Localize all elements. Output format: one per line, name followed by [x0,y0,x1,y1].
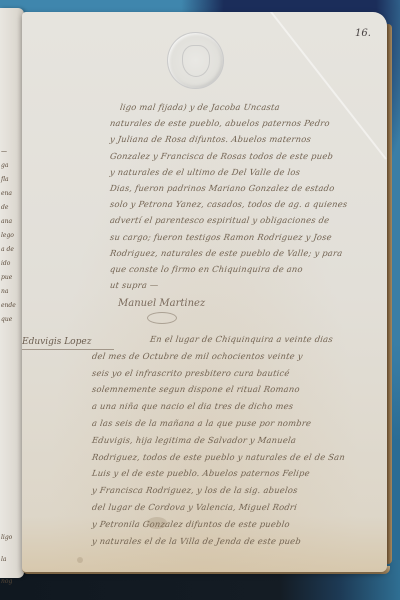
text-line: su cargo; fueron testigos Ramon Rodrigue… [109,232,332,242]
text-line: y naturales de el ultimo de Del Valle de… [109,167,301,177]
facing-page-text-fragment: nog [1,578,12,585]
facing-page-text-fragment: na [1,288,8,295]
text-line: y Francisca Rodriguez, y los de la sig. … [91,485,298,495]
text-line: advertí el parentesco espiritual y oblig… [109,215,330,225]
page-number: 16. [355,28,371,39]
text-line: Eduvigis, hija legitima de Salvador y Ma… [91,435,297,445]
text-line: Rodriguez, todos de este pueblo y natura… [91,452,345,462]
text-line: En el lugar de Chiquinquira a veinte dia… [149,334,333,344]
text-line: ut supra — [109,280,159,290]
facing-page-text-fragment: ena [1,190,12,197]
text-line: seis yo el infrascrito presbitero cura b… [91,368,290,378]
text-line: Dias, fueron padrinos Mariano Gonzalez d… [109,183,335,193]
text-line: del lugar de Cordova y Valencia, Miguel … [91,502,297,512]
text-line: Rodriguez, naturales de este pueblo de V… [109,248,343,258]
text-line: y Juliana de Rosa difuntos. Abuelos mate… [109,134,311,144]
facing-page-text-fragment: de [1,204,8,211]
facing-page-text-fragment: la [1,556,7,563]
embossed-seal-icon [167,32,224,89]
text-line: naturales de este pueblo, abuelos patern… [109,118,330,128]
facing-page-text-fragment: ido [1,260,10,267]
margin-note: Eduvigis Lopez [22,337,114,350]
text-line: solo y Petrona Yanez, casados, todos de … [109,199,348,209]
stain [147,517,167,529]
signature-flourish-icon [147,312,177,324]
text-line: a una niña que nacio el dia tres de dich… [91,401,294,411]
facing-page-edge: —gaflaenadeanalegoa deidopuenaendequelig… [0,8,24,578]
signature: Manuel Martinez [118,298,205,309]
facing-page-text-fragment: a de [1,246,14,253]
stain [77,557,83,563]
facing-page-text-fragment: pue [1,274,12,281]
text-line: solemnemente segun dispone el ritual Rom… [91,384,300,394]
facing-page-text-fragment: ende [1,302,16,309]
text-line: del mes de Octubre de mil ochocientos ve… [91,351,303,361]
text-line: Gonzalez y Francisca de Rosas todos de e… [109,151,333,161]
facing-page-text-fragment: — [1,148,7,155]
facing-page-text-fragment: fla [1,176,9,183]
text-line: que conste lo firmo en Chiquinquira de a… [109,264,303,274]
facing-page-text-fragment: que [1,316,12,323]
text-line: y naturales el de la Villa de Jenda de e… [91,536,301,546]
text-line: ligo mal fijada) y de Jacoba Uncasta [119,102,280,112]
facing-page-text-fragment: lego [1,232,14,239]
register-page: 16. ligo mal fijada) y de Jacoba Uncasta… [22,12,387,572]
facing-page-text-fragment: ligo [1,534,12,541]
text-line: a las seis de la mañana a la que puse po… [91,418,312,428]
facing-page-text-fragment: ga [1,162,8,169]
text-line: y Petronila Gonzalez difuntos de este pu… [91,519,290,529]
facing-page-text-fragment: ana [1,218,12,225]
text-line: Luis y el de este pueblo. Abuelos patern… [91,468,310,478]
